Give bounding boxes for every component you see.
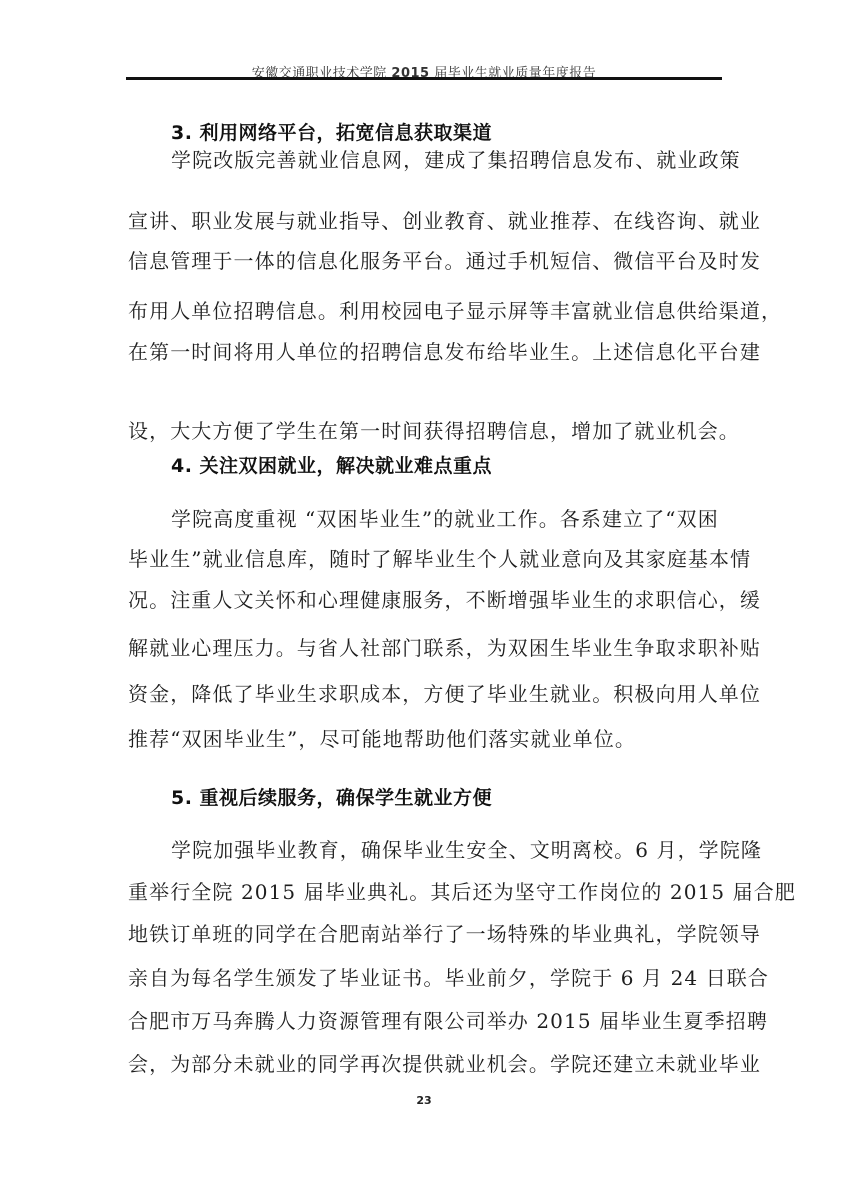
paragraph-line: 推荐“双困毕业生”，尽可能地帮助他们落实就业单位。 xyxy=(128,727,724,751)
header-rule xyxy=(126,77,722,80)
paragraph-line: 设，大大方便了学生在第一时间获得招聘信息，增加了就业机会。 xyxy=(128,419,724,443)
section-heading-3: 3. 利用网络平台，拓宽信息获取渠道 xyxy=(171,118,492,145)
paragraph-line: 学院高度重视 “双困毕业生”的就业工作。各系建立了“双困 xyxy=(171,507,724,531)
paragraph-line: 况。注重人文关怀和心理健康服务，不断增强毕业生的求职信心，缓 xyxy=(128,588,724,612)
section-heading-4: 4. 关注双困就业，解决就业难点重点 xyxy=(171,451,492,478)
section-heading-5: 5. 重视后续服务，确保学生就业方便 xyxy=(171,783,492,810)
paragraph-line: 地铁订单班的同学在合肥南站举行了一场特殊的毕业典礼，学院领导 xyxy=(128,922,724,946)
paragraph-line: 合肥市万马奔腾人力资源管理有限公司举办 2015 届毕业生夏季招聘 xyxy=(128,1009,724,1033)
paragraph-line: 在第一时间将用人单位的招聘信息发布给毕业生。上述信息化平台建 xyxy=(128,340,724,364)
paragraph-line: 毕业生”就业信息库，随时了解毕业生个人就业意向及其家庭基本情 xyxy=(128,547,724,571)
paragraph-line: 重举行全院 2015 届毕业典礼。其后还为坚守工作岗位的 2015 届合肥 xyxy=(128,880,724,904)
paragraph-line: 资金，降低了毕业生求职成本，方便了毕业生就业。积极向用人单位 xyxy=(128,682,724,706)
paragraph-line: 亲自为每名学生颁发了毕业证书。毕业前夕，学院于 6 月 24 日联合 xyxy=(128,966,724,990)
document-page: 安徽交通职业技术学院 2015 届毕业生就业质量年度报告 3. 利用网络平台，拓… xyxy=(0,0,848,1200)
page-number: 23 xyxy=(0,1094,848,1107)
paragraph-line: 学院加强毕业教育，确保毕业生安全、文明离校。6 月，学院隆 xyxy=(171,838,724,862)
paragraph-line: 学院改版完善就业信息网，建成了集招聘信息发布、就业政策 xyxy=(171,148,724,172)
paragraph-line: 信息管理于一体的信息化服务平台。通过手机短信、微信平台及时发 xyxy=(128,249,724,273)
paragraph-line: 宣讲、职业发展与就业指导、创业教育、就业推荐、在线咨询、就业 xyxy=(128,209,724,233)
paragraph-line: 布用人单位招聘信息。利用校园电子显示屏等丰富就业信息供给渠道， xyxy=(128,299,724,323)
paragraph-line: 会，为部分未就业的同学再次提供就业机会。学院还建立未就业毕业 xyxy=(128,1052,724,1076)
paragraph-line: 解就业心理压力。与省人社部门联系，为双困生毕业生争取求职补贴 xyxy=(128,636,724,660)
